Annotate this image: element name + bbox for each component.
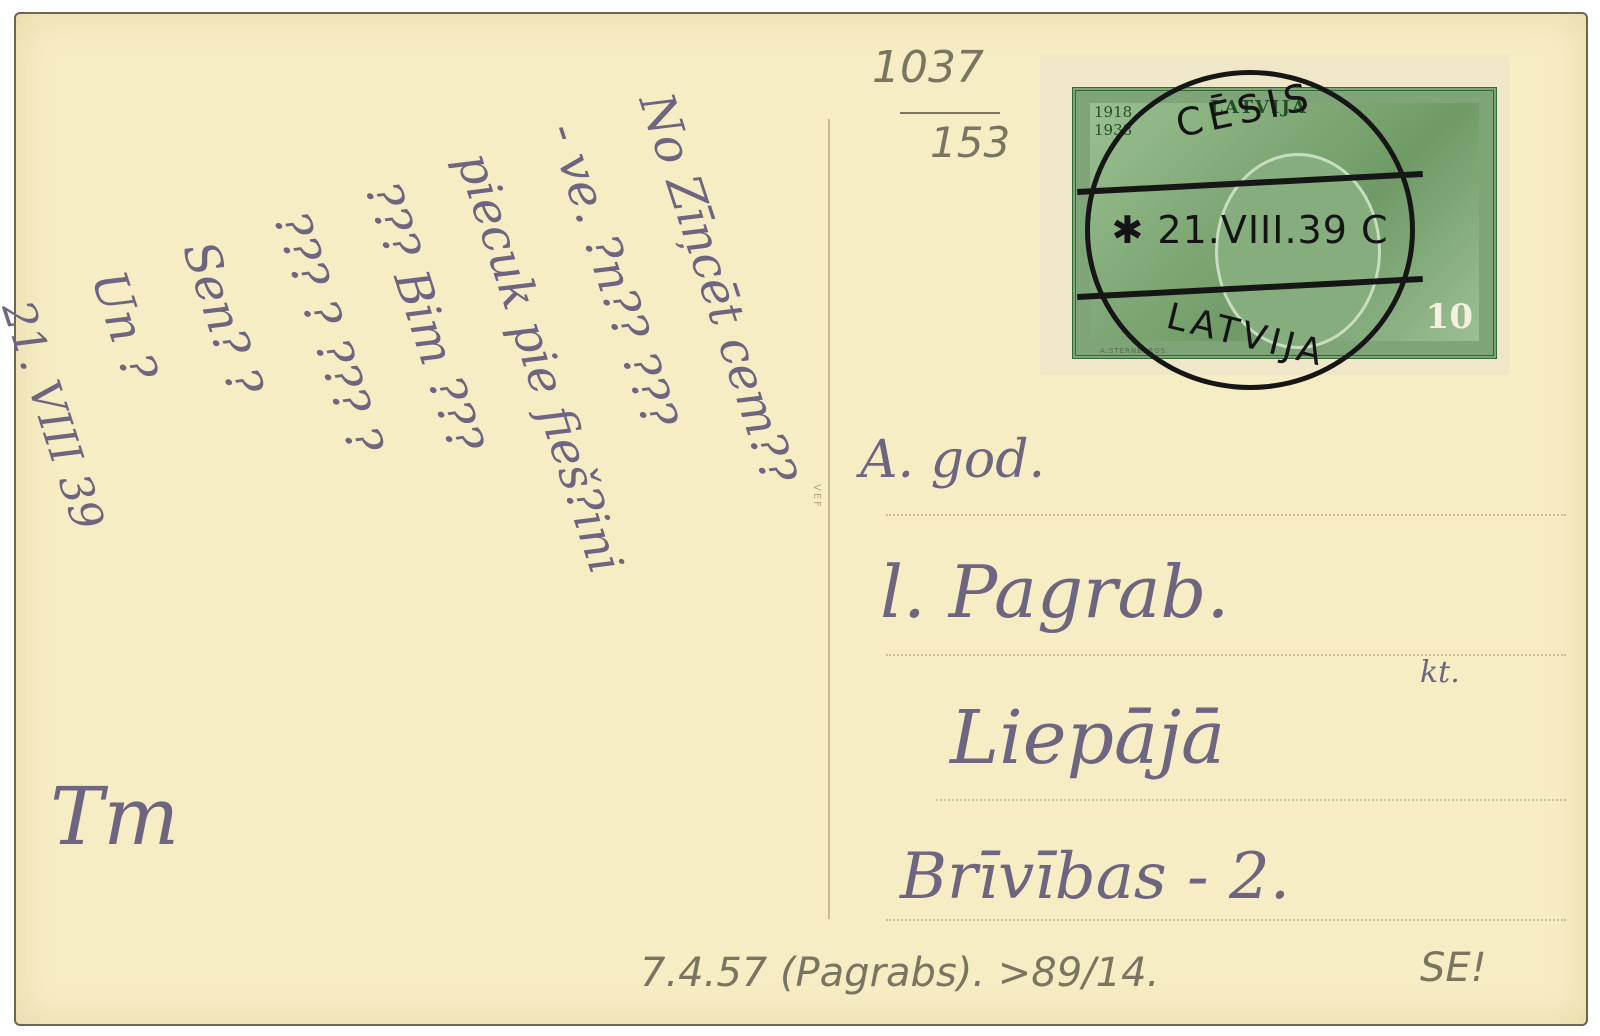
- bottom-pencil-note: 7.4.57 (Pagrabs). >89/14.: [640, 950, 1159, 996]
- catalog-underline: [900, 112, 1000, 114]
- address-line: [886, 919, 1566, 921]
- corner-pencil-note: SE!: [1420, 945, 1487, 991]
- center-divider: [828, 119, 830, 919]
- stamp-value: 10: [1426, 297, 1473, 337]
- address-line-2-suffix: kt.: [1420, 655, 1460, 690]
- address-line-2: l. Pagrab.: [880, 550, 1229, 634]
- catalog-number-top: 1037: [872, 42, 984, 93]
- postmark-cancellation: CĒSIS ✱ 21.VIII.39 C LATVIJA: [1085, 70, 1415, 390]
- address-line-3: Liepājā: [950, 695, 1225, 781]
- address-line-4: Brīvības - 2.: [900, 840, 1290, 914]
- postmark-date: ✱ 21.VIII.39 C: [1085, 208, 1415, 252]
- postmark-stars: ✱: [1111, 208, 1157, 252]
- address-line: [886, 654, 1566, 656]
- address-line: [886, 514, 1566, 516]
- postmark-date-text: 21.VIII.39: [1157, 208, 1347, 252]
- postmark-suffix: C: [1361, 208, 1389, 252]
- signature: Tm: [50, 770, 179, 863]
- catalog-number-bottom: 153: [930, 118, 1010, 167]
- address-line-1: A. god.: [860, 430, 1045, 490]
- address-line: [936, 799, 1566, 801]
